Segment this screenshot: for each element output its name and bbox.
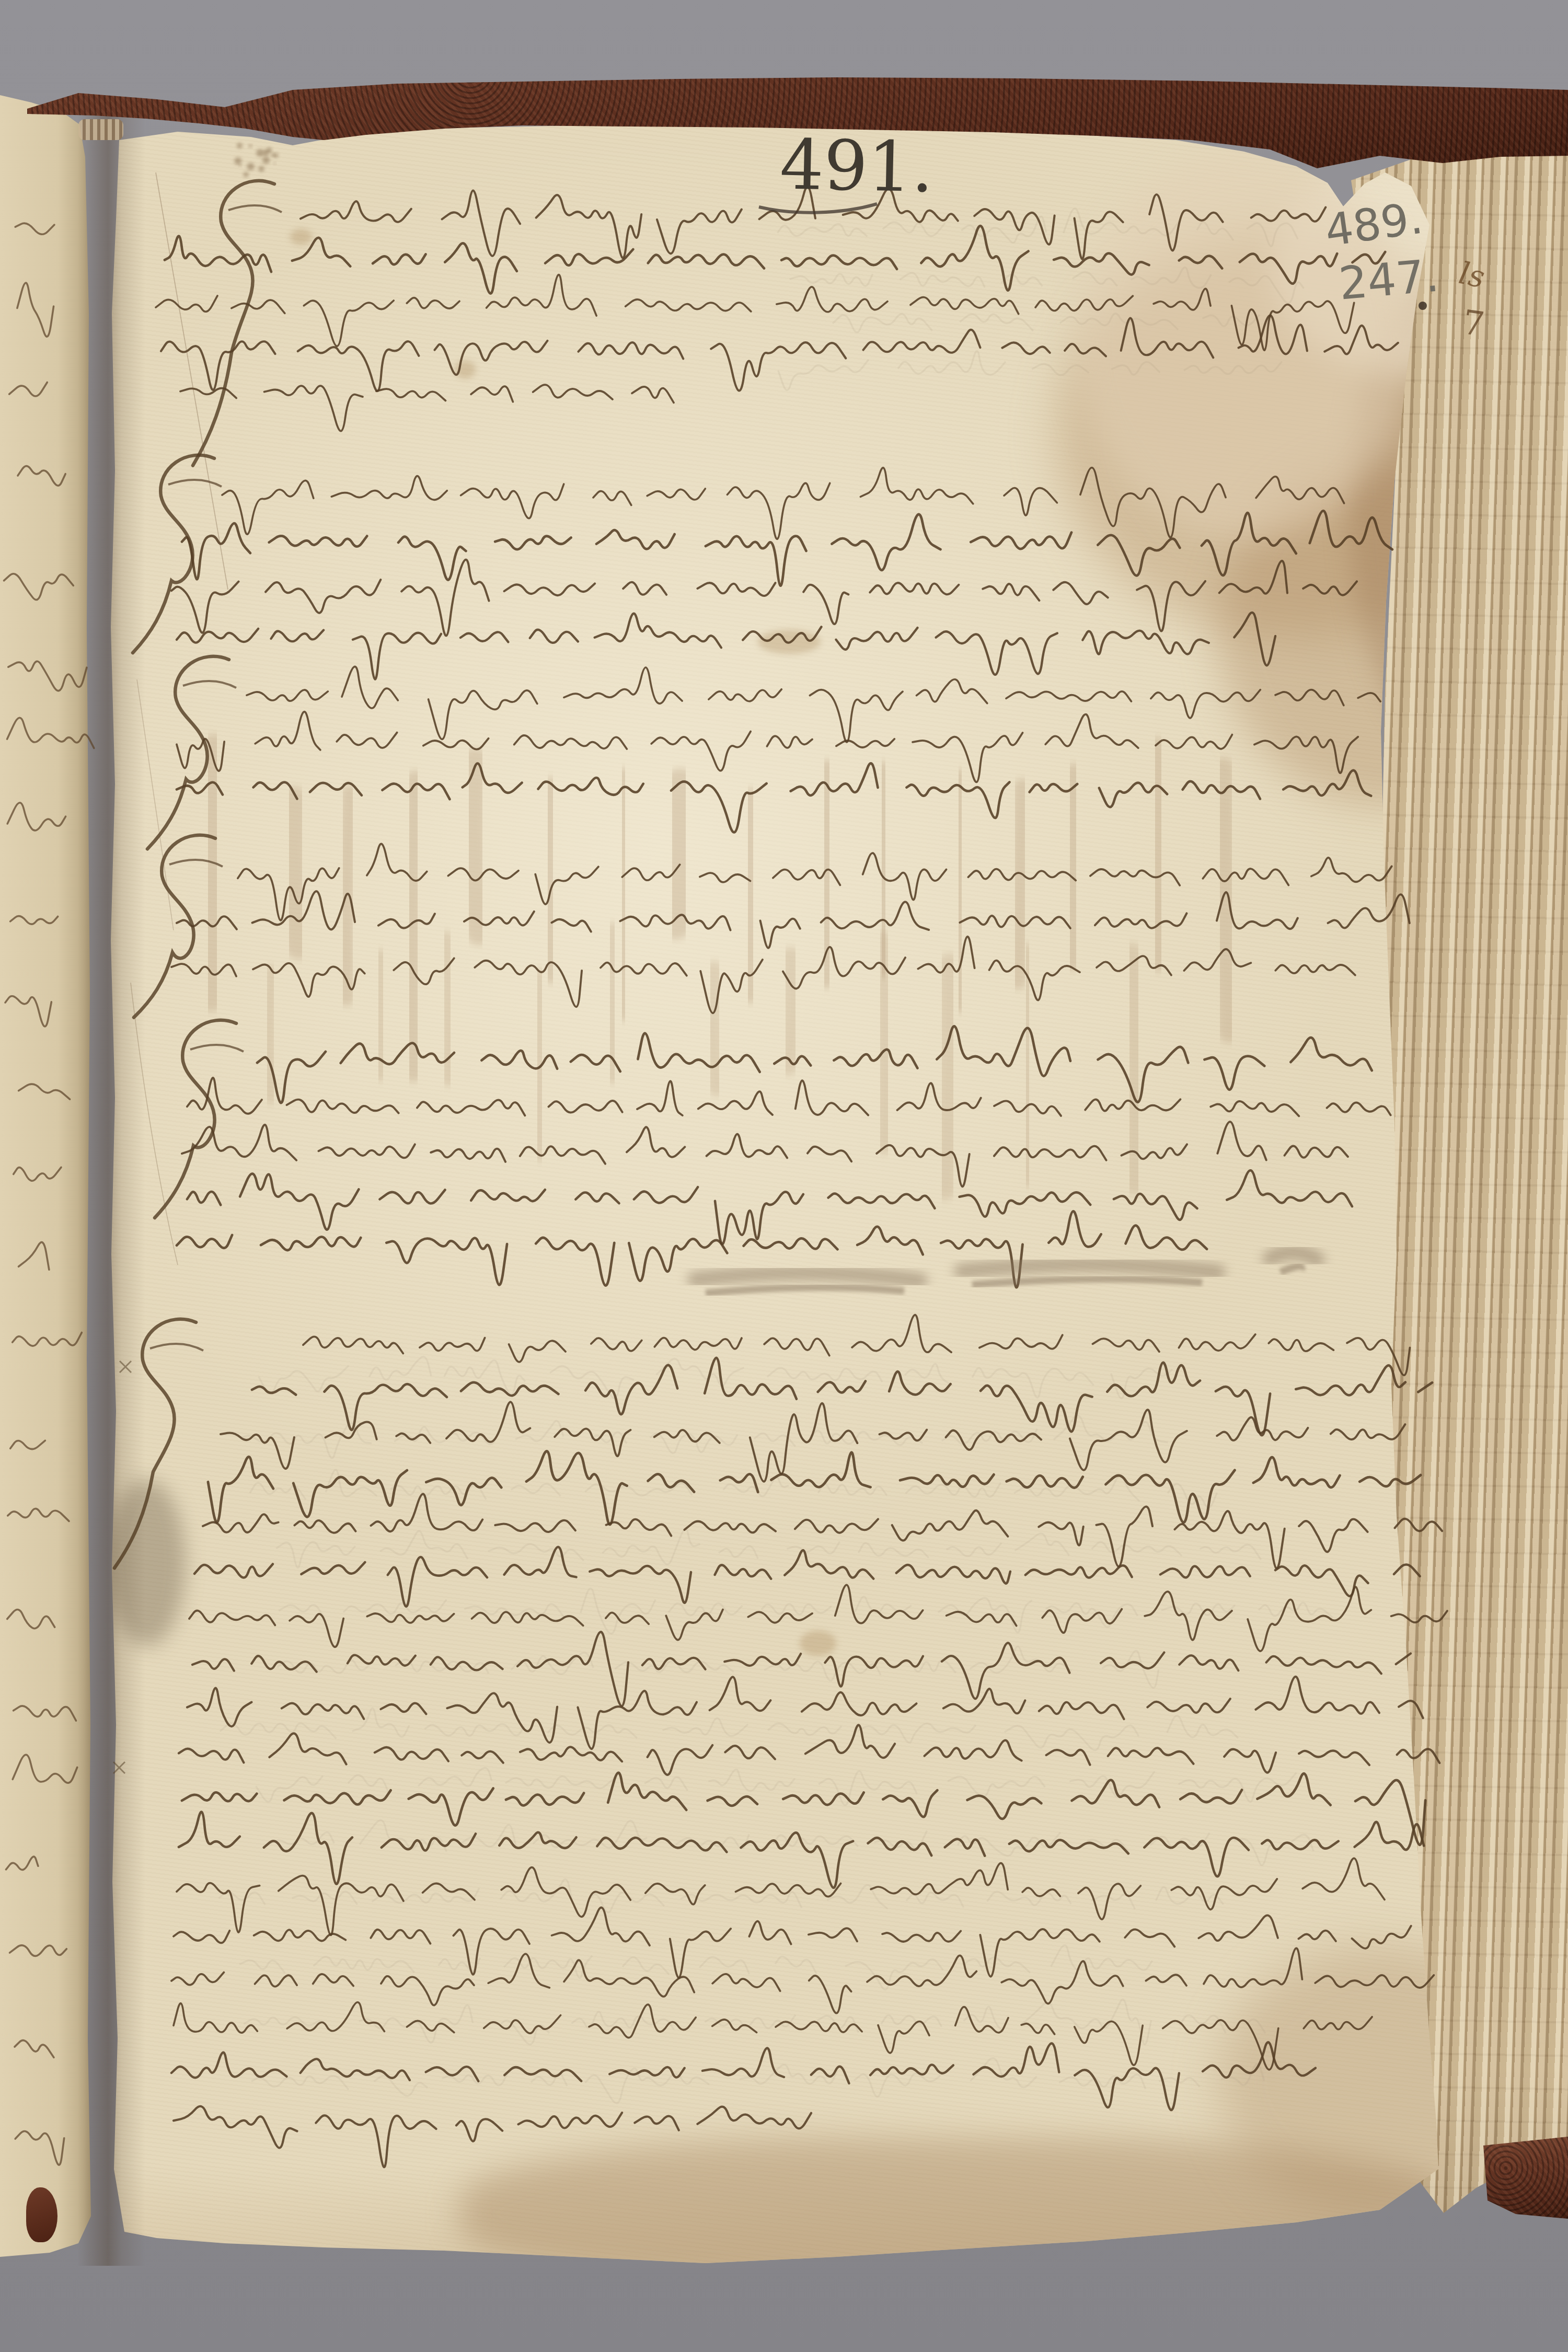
manuscript-ink-layer: 491. 489. 247. ls 7 bbox=[0, 0, 1568, 2352]
entry-5-handwriting bbox=[155, 1020, 1391, 1287]
edge-ink-mark-2: 7 bbox=[1460, 303, 1487, 344]
margin-mark bbox=[120, 1361, 131, 1373]
edge-ink-blot bbox=[1419, 302, 1427, 310]
archival-number-top: 489. bbox=[1322, 192, 1426, 256]
entry-2-handwriting bbox=[133, 455, 1392, 679]
pen-scratch bbox=[137, 679, 174, 930]
page-number: 491. bbox=[779, 124, 935, 208]
archival-number-bottom: 247. bbox=[1337, 249, 1441, 310]
facing-page-text-fragments bbox=[4, 223, 94, 2165]
manuscript-entries bbox=[114, 181, 1447, 2167]
manuscript-photo: 491. 489. 247. ls 7 bbox=[0, 0, 1568, 2352]
pen-scratch bbox=[131, 983, 178, 1265]
generated-handwriting bbox=[4, 143, 1447, 2167]
entry-1-handwriting bbox=[156, 181, 1398, 466]
edge-ink-mark: ls bbox=[1456, 255, 1488, 295]
erasure-smears bbox=[695, 1252, 1317, 1293]
entry-6-handwriting bbox=[114, 1315, 1447, 2167]
margin-mark bbox=[113, 1762, 125, 1773]
